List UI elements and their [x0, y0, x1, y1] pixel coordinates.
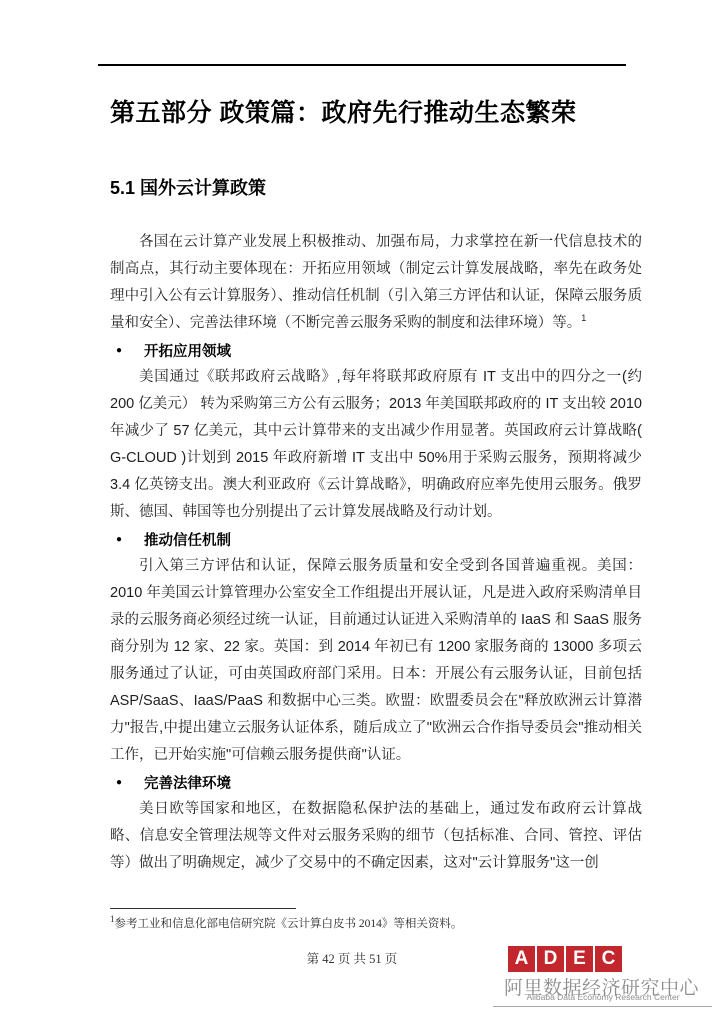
- footnote-reference: 1: [581, 313, 586, 323]
- bullet-icon: ●: [110, 345, 144, 356]
- footnote-area: 1参考工业和信息化部电信研究院《云计算白皮书 2014》等相关资料。: [110, 908, 640, 932]
- logo-underline: [493, 1006, 712, 1007]
- bullet-body-trust-mechanism: 引入第三方评估和认证，保障云服务质量和安全受到各国普遍重视。美国：2010 年美…: [110, 553, 642, 769]
- document-page: 第五部分 政策篇：政府先行推动生态繁荣 5.1 国外云计算政策 各国在云计算产业…: [0, 0, 724, 1024]
- adec-letter-boxes: A D E C: [508, 946, 622, 972]
- page-number: 第 42 页 共 51 页: [252, 949, 452, 967]
- bullet-icon: ●: [110, 534, 144, 545]
- bullet-label: 开拓应用领域: [144, 340, 231, 361]
- logo-letter-a: A: [508, 946, 535, 972]
- footnote-content: 参考工业和信息化部电信研究院《云计算白皮书 2014》等相关资料。: [115, 918, 463, 930]
- logo-letter-e: E: [566, 946, 593, 972]
- intro-text: 各国在云计算产业发展上积极推动、加强布局，力求掌控在新一代信息技术的制高点，其行…: [110, 234, 642, 331]
- bullet-body-legal-environment: 美日欧等国家和地区，在数据隐私保护法的基础上，通过发布政府云计算战略、信息安全管…: [110, 796, 642, 877]
- bullet-item-trust-mechanism: ● 推动信任机制: [110, 526, 642, 553]
- bullet-label: 完善法律环境: [144, 772, 231, 793]
- bullet-body-expand-application: 美国通过《联邦政府云战略》,每年将联邦政府原有 IT 支出中的四分之一(约 20…: [110, 364, 642, 526]
- document-body: 第五部分 政策篇：政府先行推动生态繁荣 5.1 国外云计算政策 各国在云计算产业…: [110, 0, 642, 877]
- bullet-icon: ●: [110, 777, 144, 788]
- bullet-item-legal-environment: ● 完善法律环境: [110, 769, 642, 796]
- section-heading: 5.1 国外云计算政策: [110, 176, 642, 201]
- logo-letter-d: D: [537, 946, 564, 972]
- footnote-rule: [110, 908, 296, 909]
- bullet-label: 推动信任机制: [144, 529, 231, 550]
- logo-letter-c: C: [595, 946, 622, 972]
- logo-english-name: Alibaba Data Economy Research Center: [504, 992, 702, 1002]
- chapter-title: 第五部分 政策篇：政府先行推动生态繁荣: [110, 96, 642, 130]
- footnote-text: 1参考工业和信息化部电信研究院《云计算白皮书 2014》等相关资料。: [110, 916, 640, 932]
- intro-paragraph: 各国在云计算产业发展上积极推动、加强布局，力求掌控在新一代信息技术的制高点，其行…: [110, 229, 642, 337]
- bullet-item-expand-application: ● 开拓应用领域: [110, 337, 642, 364]
